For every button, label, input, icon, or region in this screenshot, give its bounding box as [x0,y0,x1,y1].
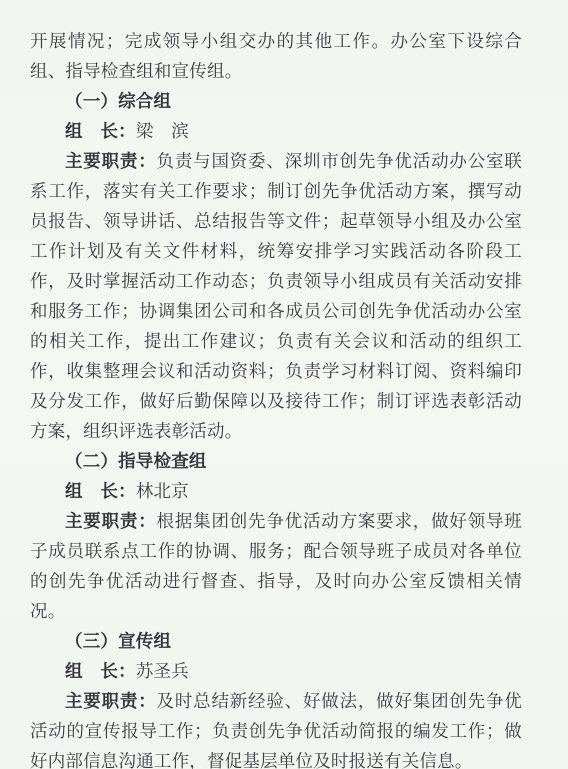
section-1-duties-text: 负责与国资委、深圳市创先争优活动办公室联系工作，落实有关工作要求；制订创先争优活… [30,151,522,441]
section-2-heading: （二）指导检查组 [30,446,522,476]
section-3-leader-line: 组 长：苏圣兵 [30,656,522,686]
section-3-duties-label: 主要职责： [65,691,157,711]
section-1-duties-label: 主要职责： [65,151,157,171]
section-1-duties-paragraph: 主要职责：负责与国资委、深圳市创先争优活动办公室联系工作，落实有关工作要求；制订… [30,146,522,446]
section-3-duties-paragraph: 主要职责：及时总结新经验、好做法，做好集团创先争优活动的宣传报导工作；负责创先争… [30,686,522,769]
intro-paragraph: 开展情况；完成领导小组交办的其他工作。办公室下设综合组、指导检查组和宣传组。 [30,26,522,86]
section-3-heading: （三）宣传组 [30,626,522,656]
section-3-leader-label: 组 长： [65,661,136,681]
section-2-duties-paragraph: 主要职责：根据集团创先争优活动方案要求，做好领导班子成员联系点工作的协调、服务；… [30,506,522,626]
section-1-leader-label: 组 长： [65,121,136,141]
section-2-duties-label: 主要职责： [65,511,157,531]
section-1-leader-line: 组 长：梁 滨 [30,116,522,146]
section-2-leader-line: 组 长：林北京 [30,476,522,506]
section-2-leader-label: 组 长： [65,481,136,501]
section-1-heading: （一）综合组 [30,86,522,116]
section-3-leader-name: 苏圣兵 [136,661,189,681]
section-2-leader-name: 林北京 [136,481,189,501]
document-page: 开展情况；完成领导小组交办的其他工作。办公室下设综合组、指导检查组和宣传组。 （… [0,0,568,769]
section-1-leader-name: 梁 滨 [136,121,189,141]
